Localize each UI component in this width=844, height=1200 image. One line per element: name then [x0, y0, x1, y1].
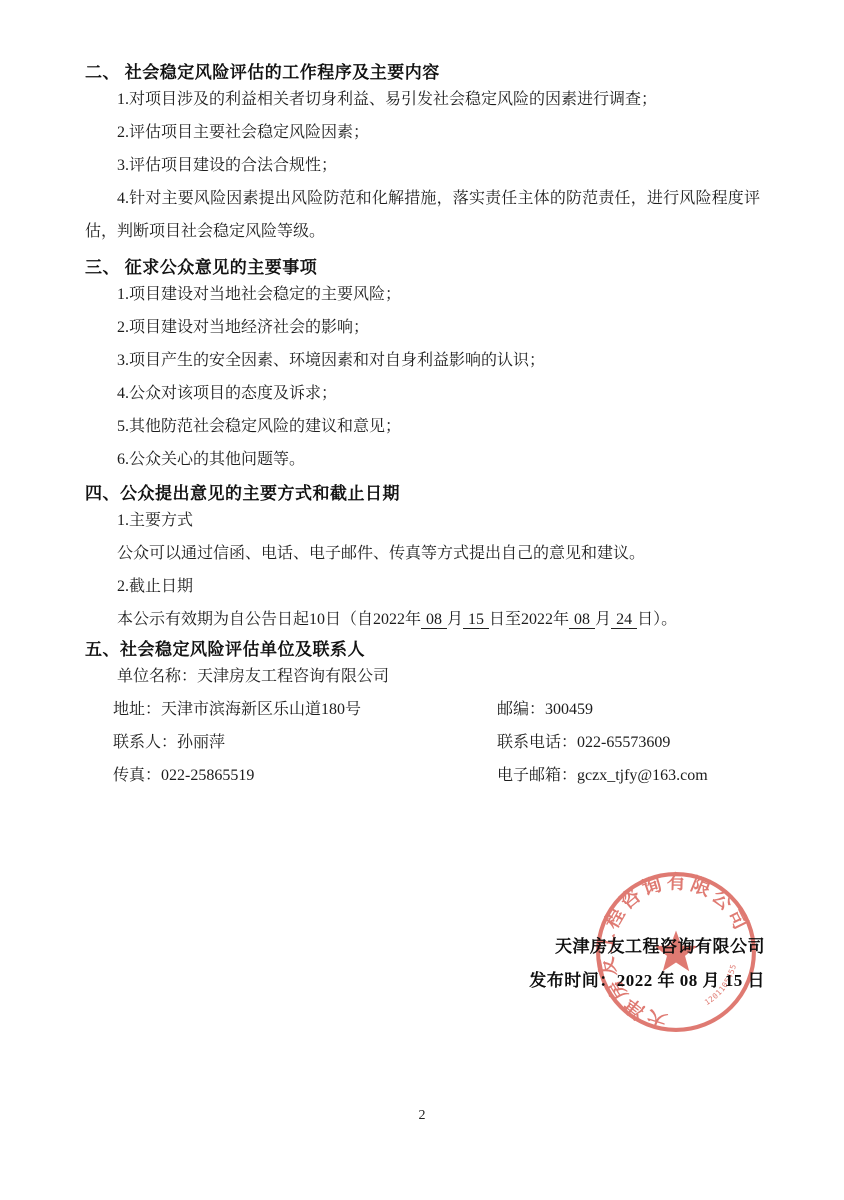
list-item: 4.针对主要风险因素提出风险防范和化解措施，落实责任主体的防范责任，进行风险程度…	[85, 182, 760, 248]
section-heading: 五、社会稳定风险评估单位及联系人	[85, 640, 760, 660]
contact-row: 传真：022-25865519 电子邮箱：gczx_tjfy@163.com	[85, 759, 760, 792]
unit-name-line: 单位名称：天津房友工程咨询有限公司	[85, 660, 760, 693]
validity-prefix: 本公示有效期为自公告日起10日（自2022年	[117, 611, 421, 628]
section-public-opinion-matters: 三、 征求公众意见的主要事项 1.项目建设对当地社会稳定的主要风险； 2.项目建…	[85, 258, 760, 476]
section-work-procedure: 二、 社会稳定风险评估的工作程序及主要内容 1.对项目涉及的利益相关者切身利益、…	[85, 63, 760, 248]
validity-start-month: 08	[421, 611, 447, 629]
section-heading: 三、 征求公众意见的主要事项	[85, 258, 760, 278]
list-item: 3.项目产生的安全因素、环境因素和对自身利益影响的认识；	[85, 344, 760, 377]
validity-sep: 月	[595, 611, 611, 628]
section-heading: 二、 社会稳定风险评估的工作程序及主要内容	[85, 63, 760, 83]
section-opinion-methods-deadline: 四、公众提出意见的主要方式和截止日期 1.主要方式 公众可以通过信函、电话、电子…	[85, 484, 760, 636]
list-item: 2.评估项目主要社会稳定风险因素；	[85, 116, 760, 149]
list-item: 2.截止日期	[85, 570, 760, 603]
validity-period-line: 本公示有效期为自公告日起10日（自2022年08月15日至2022年08月24日…	[85, 603, 760, 636]
list-item: 2.项目建设对当地经济社会的影响；	[85, 311, 760, 344]
list-item: 1.项目建设对当地社会稳定的主要风险；	[85, 278, 760, 311]
signature-company-name: 天津房友工程咨询有限公司	[505, 930, 765, 964]
contact-person: 联系人：孙丽萍	[85, 726, 497, 759]
validity-start-day: 15	[463, 611, 489, 629]
contact-address: 地址：天津市滨海新区乐山道180号	[85, 693, 497, 726]
contact-postcode: 邮编：300459	[497, 693, 760, 726]
list-item: 4.公众对该项目的态度及诉求；	[85, 377, 760, 410]
list-item: 公众可以通过信函、电话、电子邮件、传真等方式提出自己的意见和建议。	[85, 537, 760, 570]
contact-fax: 传真：022-25865519	[85, 759, 497, 792]
list-item: 3.评估项目建设的合法合规性；	[85, 149, 760, 182]
contact-phone: 联系电话：022-65573609	[497, 726, 760, 759]
contact-row: 联系人：孙丽萍 联系电话：022-65573609	[85, 726, 760, 759]
list-item: 5.其他防范社会稳定风险的建议和意见；	[85, 410, 760, 443]
list-item: 1.主要方式	[85, 504, 760, 537]
list-item: 1.对项目涉及的利益相关者切身利益、易引发社会稳定风险的因素进行调查；	[85, 83, 760, 116]
signature-block: 天津房友工程咨询有限公司 发布时间：2022 年 08 月 15 日	[505, 930, 765, 998]
section-heading: 四、公众提出意见的主要方式和截止日期	[85, 484, 760, 504]
validity-sep: 月	[447, 611, 463, 628]
contact-email: 电子邮箱：gczx_tjfy@163.com	[497, 759, 760, 792]
validity-sep: 日至2022年	[489, 611, 569, 628]
document-page: 二、 社会稳定风险评估的工作程序及主要内容 1.对项目涉及的利益相关者切身利益、…	[0, 0, 844, 1200]
list-item: 6.公众关心的其他问题等。	[85, 443, 760, 476]
page-number: 2	[0, 1106, 844, 1126]
validity-end-day: 24	[611, 611, 637, 629]
validity-suffix: 日）。	[637, 611, 677, 628]
document-content: 二、 社会稳定风险评估的工作程序及主要内容 1.对项目涉及的利益相关者切身利益、…	[85, 0, 760, 792]
validity-end-month: 08	[569, 611, 595, 629]
section-assessment-unit-contacts: 五、社会稳定风险评估单位及联系人 单位名称：天津房友工程咨询有限公司 地址：天津…	[85, 640, 760, 792]
publish-date-line: 发布时间：2022 年 08 月 15 日	[505, 964, 765, 998]
contact-row: 地址：天津市滨海新区乐山道180号 邮编：300459	[85, 693, 760, 726]
